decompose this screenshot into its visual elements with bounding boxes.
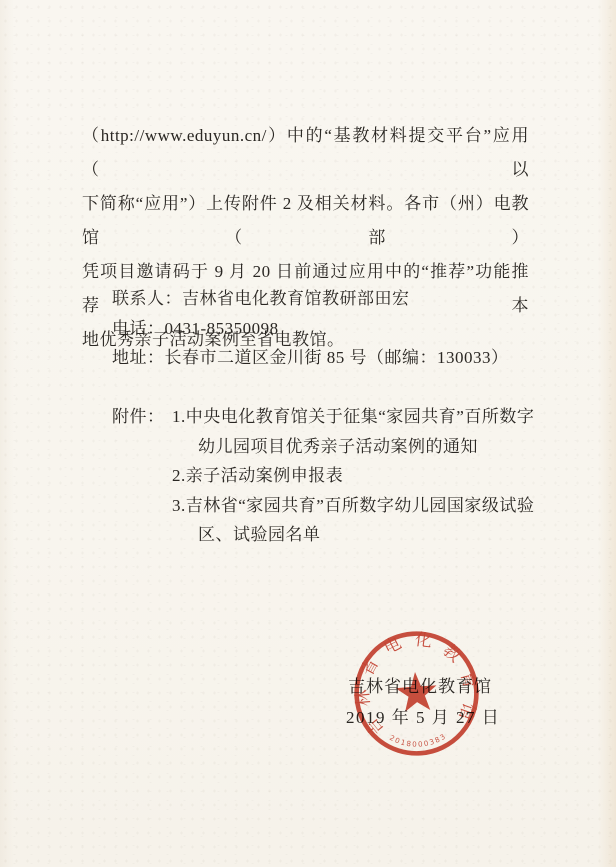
scanned-document-page: （http://www.eduyun.cn/）中的“基教材料提交平台”应用（以 … (0, 0, 616, 867)
paragraph-line: 下简称“应用”）上传附件 2 及相关材料。各市（州）电教馆（部） (82, 187, 529, 255)
contact-block: 联系人：吉林省电化教育馆教研部田宏 电话：0431-85350098 地址：长春… (112, 284, 509, 373)
official-seal: 吉林省电化教育馆 2018000383 (347, 624, 487, 764)
contact-person-line: 联系人：吉林省电化教育馆教研部田宏 (112, 284, 509, 314)
contact-address-line: 地址：长春市二道区金川街 85 号（邮编：130033） (112, 343, 509, 373)
attachment-item: 2.亲子活动案例申报表 (172, 461, 548, 491)
attachments-label: 附件： (112, 402, 165, 432)
star-icon (395, 671, 439, 713)
paragraph-line: （http://www.eduyun.cn/）中的“基教材料提交平台”应用（以 (82, 119, 529, 187)
attachments-block: 附件： 1.中央电化教育馆关于征集“家园共育”百所数字幼儿园项目优秀亲子活动案例… (112, 402, 548, 550)
attachment-item: 1.中央电化教育馆关于征集“家园共育”百所数字幼儿园项目优秀亲子活动案例的通知 (172, 402, 548, 461)
contact-phone-line: 电话：0431-85350098 (112, 314, 509, 344)
attachment-item: 3.吉林省“家园共育”百所数字幼儿园国家级试验区、试验园名单 (172, 491, 548, 550)
attachments-list: 1.中央电化教育馆关于征集“家园共育”百所数字幼儿园项目优秀亲子活动案例的通知 … (172, 402, 548, 550)
